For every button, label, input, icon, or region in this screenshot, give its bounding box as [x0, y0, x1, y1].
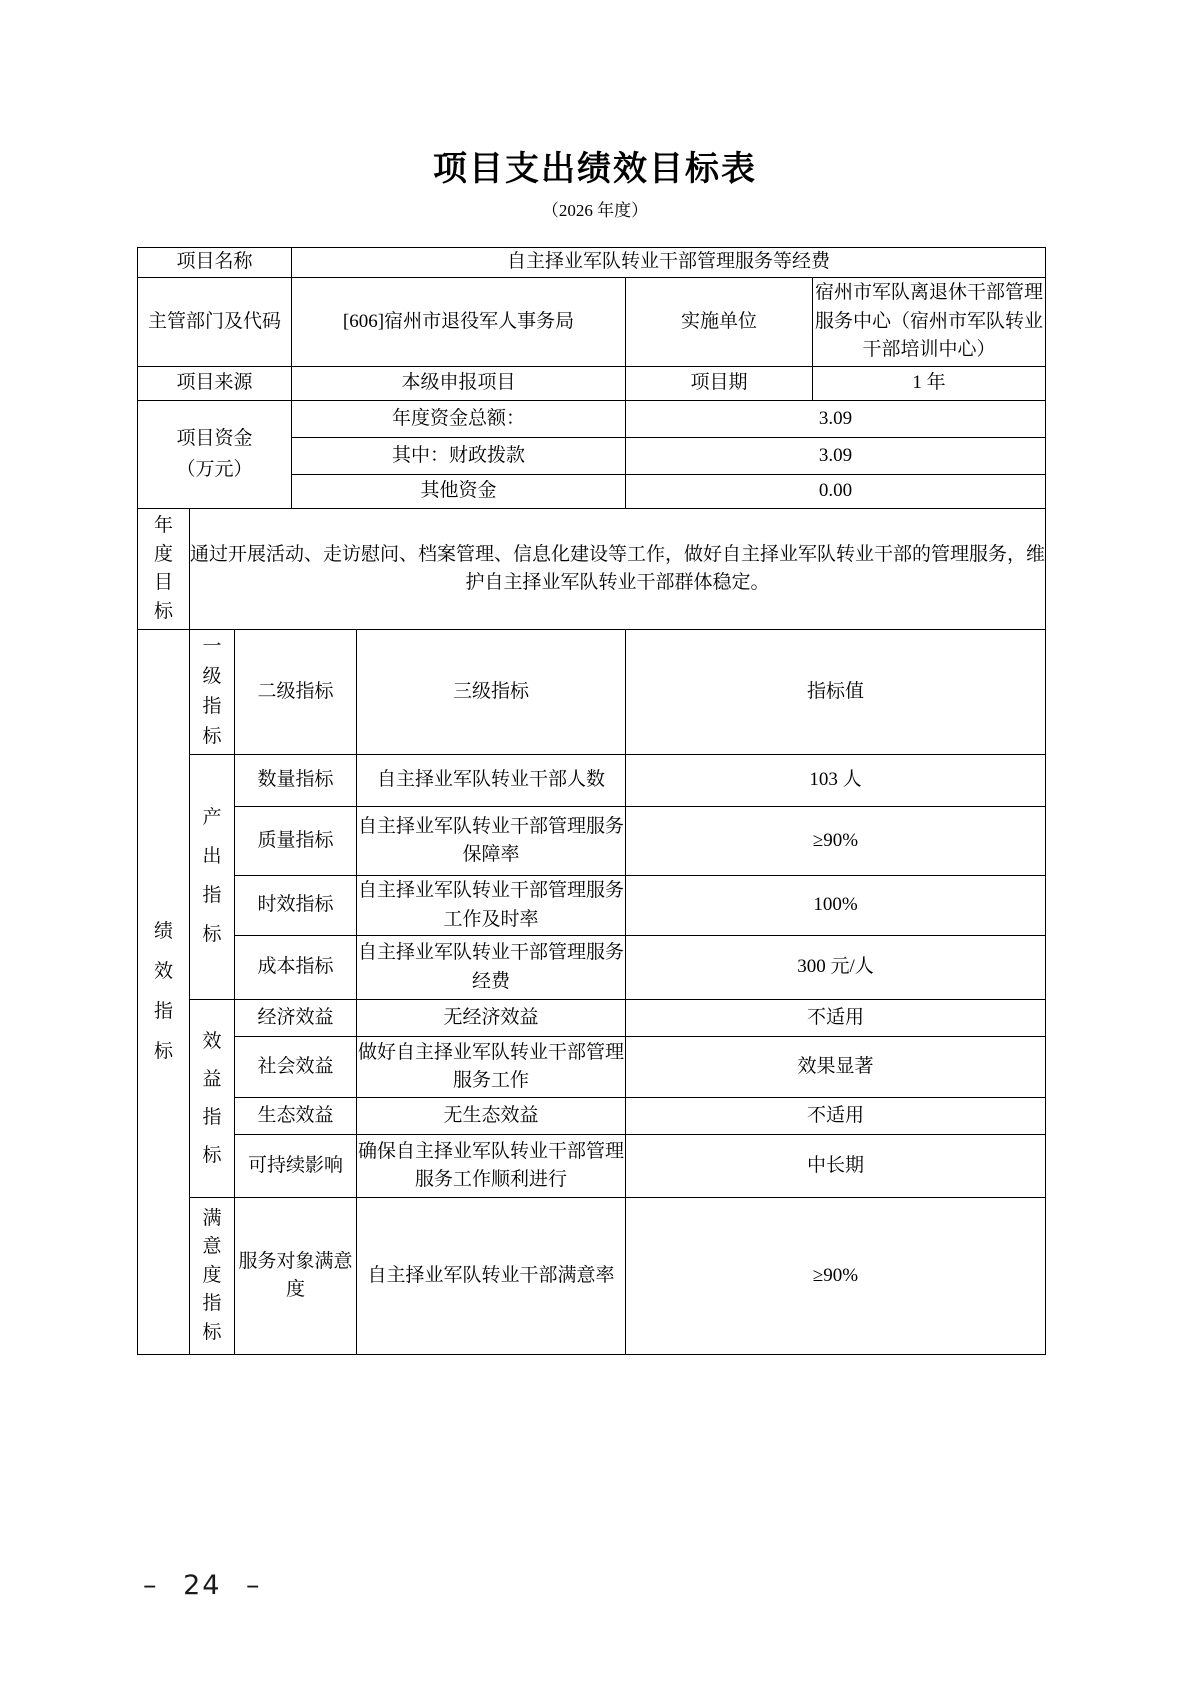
- funds-total-label: 年度资金总额：: [292, 401, 626, 438]
- funds-total-value: 3.09: [626, 401, 1046, 438]
- header-level3: 三级指标: [357, 630, 626, 755]
- cost-l3: 自主择业军队转业干部管理服务经费: [357, 936, 626, 1000]
- annual-goal-label: 年度目标: [138, 509, 190, 630]
- dept-value: [606]宿州市退役军人事务局: [292, 278, 626, 367]
- timeliness-l3: 自主择业军队转业干部管理服务工作及时率: [357, 876, 626, 936]
- impl-unit-value: 宿州市军队离退休干部管理服务中心（宿州市军队转业干部培训中心）: [813, 278, 1046, 367]
- document-title: 项目支出绩效目标表: [0, 141, 1190, 190]
- annual-goal-label-text: 年度目标: [153, 512, 175, 626]
- source-label: 项目来源: [138, 367, 292, 401]
- document-page: 项目支出绩效目标表 （2026 年度） 项目名称 自主择业军队转业干部管理服务等…: [0, 0, 1190, 1683]
- dept-label: 主管部门及代码: [138, 278, 292, 367]
- satisfaction-l2: 服务对象满意度: [235, 1198, 357, 1355]
- row-cost: 成本指标 自主择业军队转业干部管理服务经费 300 元/人: [138, 936, 1046, 1000]
- performance-target-table: 项目名称 自主择业军队转业干部管理服务等经费 主管部门及代码 [606]宿州市退…: [137, 247, 1046, 1355]
- social-l3: 做好自主择业军队转业干部管理服务工作: [357, 1037, 626, 1098]
- economic-l3: 无经济效益: [357, 1000, 626, 1037]
- row-economic: 效益指标 经济效益 无经济效益 不适用: [138, 1000, 1046, 1037]
- group-satisfaction-label-text: 满意度指标: [201, 1205, 223, 1348]
- quantity-l3: 自主择业军队转业干部人数: [357, 755, 626, 807]
- group-benefit-label-text: 效益指标: [201, 1023, 223, 1175]
- timeliness-value: 100%: [626, 876, 1046, 936]
- annual-goal-text: 通过开展活动、走访慰问、档案管理、信息化建设等工作，做好自主择业军队转业干部的管…: [190, 509, 1046, 630]
- funds-label-line1: 项目资金: [138, 424, 291, 454]
- row-source: 项目来源 本级申报项目 项目期 1 年: [138, 367, 1046, 401]
- economic-l2: 经济效益: [235, 1000, 357, 1037]
- social-value: 效果显著: [626, 1037, 1046, 1098]
- cost-value: 300 元/人: [626, 936, 1046, 1000]
- cost-l2: 成本指标: [235, 936, 357, 1000]
- funds-label-line2: （万元）: [138, 455, 291, 485]
- period-label: 项目期: [626, 367, 813, 401]
- row-annual-goal: 年度目标 通过开展活动、走访慰问、档案管理、信息化建设等工作，做好自主择业军队转…: [138, 509, 1046, 630]
- sustainability-value: 中长期: [626, 1135, 1046, 1198]
- group-output-label-text: 产出指标: [201, 799, 223, 955]
- row-ecological: 生态效益 无生态效益 不适用: [138, 1098, 1046, 1135]
- funds-label: 项目资金 （万元）: [138, 401, 292, 509]
- social-l2: 社会效益: [235, 1037, 357, 1098]
- row-department: 主管部门及代码 [606]宿州市退役军人事务局 实施单位 宿州市军队离退休干部管…: [138, 278, 1046, 367]
- group-satisfaction-label: 满意度指标: [190, 1198, 235, 1355]
- indicators-outer-label: 绩效指标: [138, 630, 190, 1355]
- period-value: 1 年: [813, 367, 1046, 401]
- ecological-l3: 无生态效益: [357, 1098, 626, 1135]
- source-value: 本级申报项目: [292, 367, 626, 401]
- row-funds-total: 项目资金 （万元） 年度资金总额： 3.09: [138, 401, 1046, 438]
- row-quantity: 产出指标 数量指标 自主择业军队转业干部人数 103 人: [138, 755, 1046, 807]
- quality-value: ≥90%: [626, 807, 1046, 876]
- header-value: 指标值: [626, 630, 1046, 755]
- sustainability-l3: 确保自主择业军队转业干部管理服务工作顺利进行: [357, 1135, 626, 1198]
- impl-unit-label: 实施单位: [626, 278, 813, 367]
- group-benefit-label: 效益指标: [190, 1000, 235, 1198]
- row-social: 社会效益 做好自主择业军队转业干部管理服务工作 效果显著: [138, 1037, 1046, 1098]
- sustainability-l2: 可持续影响: [235, 1135, 357, 1198]
- timeliness-l2: 时效指标: [235, 876, 357, 936]
- quantity-l2: 数量指标: [235, 755, 357, 807]
- ecological-value: 不适用: [626, 1098, 1046, 1135]
- satisfaction-value: ≥90%: [626, 1198, 1046, 1355]
- header-level1-text: 一级指标: [201, 632, 223, 752]
- header-level1: 一级指标: [190, 630, 235, 755]
- funds-other-value: 0.00: [626, 475, 1046, 509]
- funds-fiscal-label: 其中：财政拨款: [292, 438, 626, 475]
- row-quality: 质量指标 自主择业军队转业干部管理服务保障率 ≥90%: [138, 807, 1046, 876]
- group-output-label: 产出指标: [190, 755, 235, 1000]
- header-level2: 二级指标: [235, 630, 357, 755]
- row-timeliness: 时效指标 自主择业军队转业干部管理服务工作及时率 100%: [138, 876, 1046, 936]
- satisfaction-l3: 自主择业军队转业干部满意率: [357, 1198, 626, 1355]
- funds-fiscal-value: 3.09: [626, 438, 1046, 475]
- ecological-l2: 生态效益: [235, 1098, 357, 1135]
- project-name-value: 自主择业军队转业干部管理服务等经费: [292, 248, 1046, 278]
- funds-other-label: 其他资金: [292, 475, 626, 509]
- quantity-value: 103 人: [626, 755, 1046, 807]
- page-number: – 24 –: [143, 1570, 262, 1601]
- quality-l2: 质量指标: [235, 807, 357, 876]
- document-subtitle: （2026 年度）: [0, 196, 1190, 221]
- row-satisfaction: 满意度指标 服务对象满意度 自主择业军队转业干部满意率 ≥90%: [138, 1198, 1046, 1355]
- project-name-label: 项目名称: [138, 248, 292, 278]
- row-indicator-header: 绩效指标 一级指标 二级指标 三级指标 指标值: [138, 630, 1046, 755]
- row-project-name: 项目名称 自主择业军队转业干部管理服务等经费: [138, 248, 1046, 278]
- row-sustainability: 可持续影响 确保自主择业军队转业干部管理服务工作顺利进行 中长期: [138, 1135, 1046, 1198]
- indicators-outer-label-text: 绩效指标: [153, 912, 175, 1072]
- economic-value: 不适用: [626, 1000, 1046, 1037]
- quality-l3: 自主择业军队转业干部管理服务保障率: [357, 807, 626, 876]
